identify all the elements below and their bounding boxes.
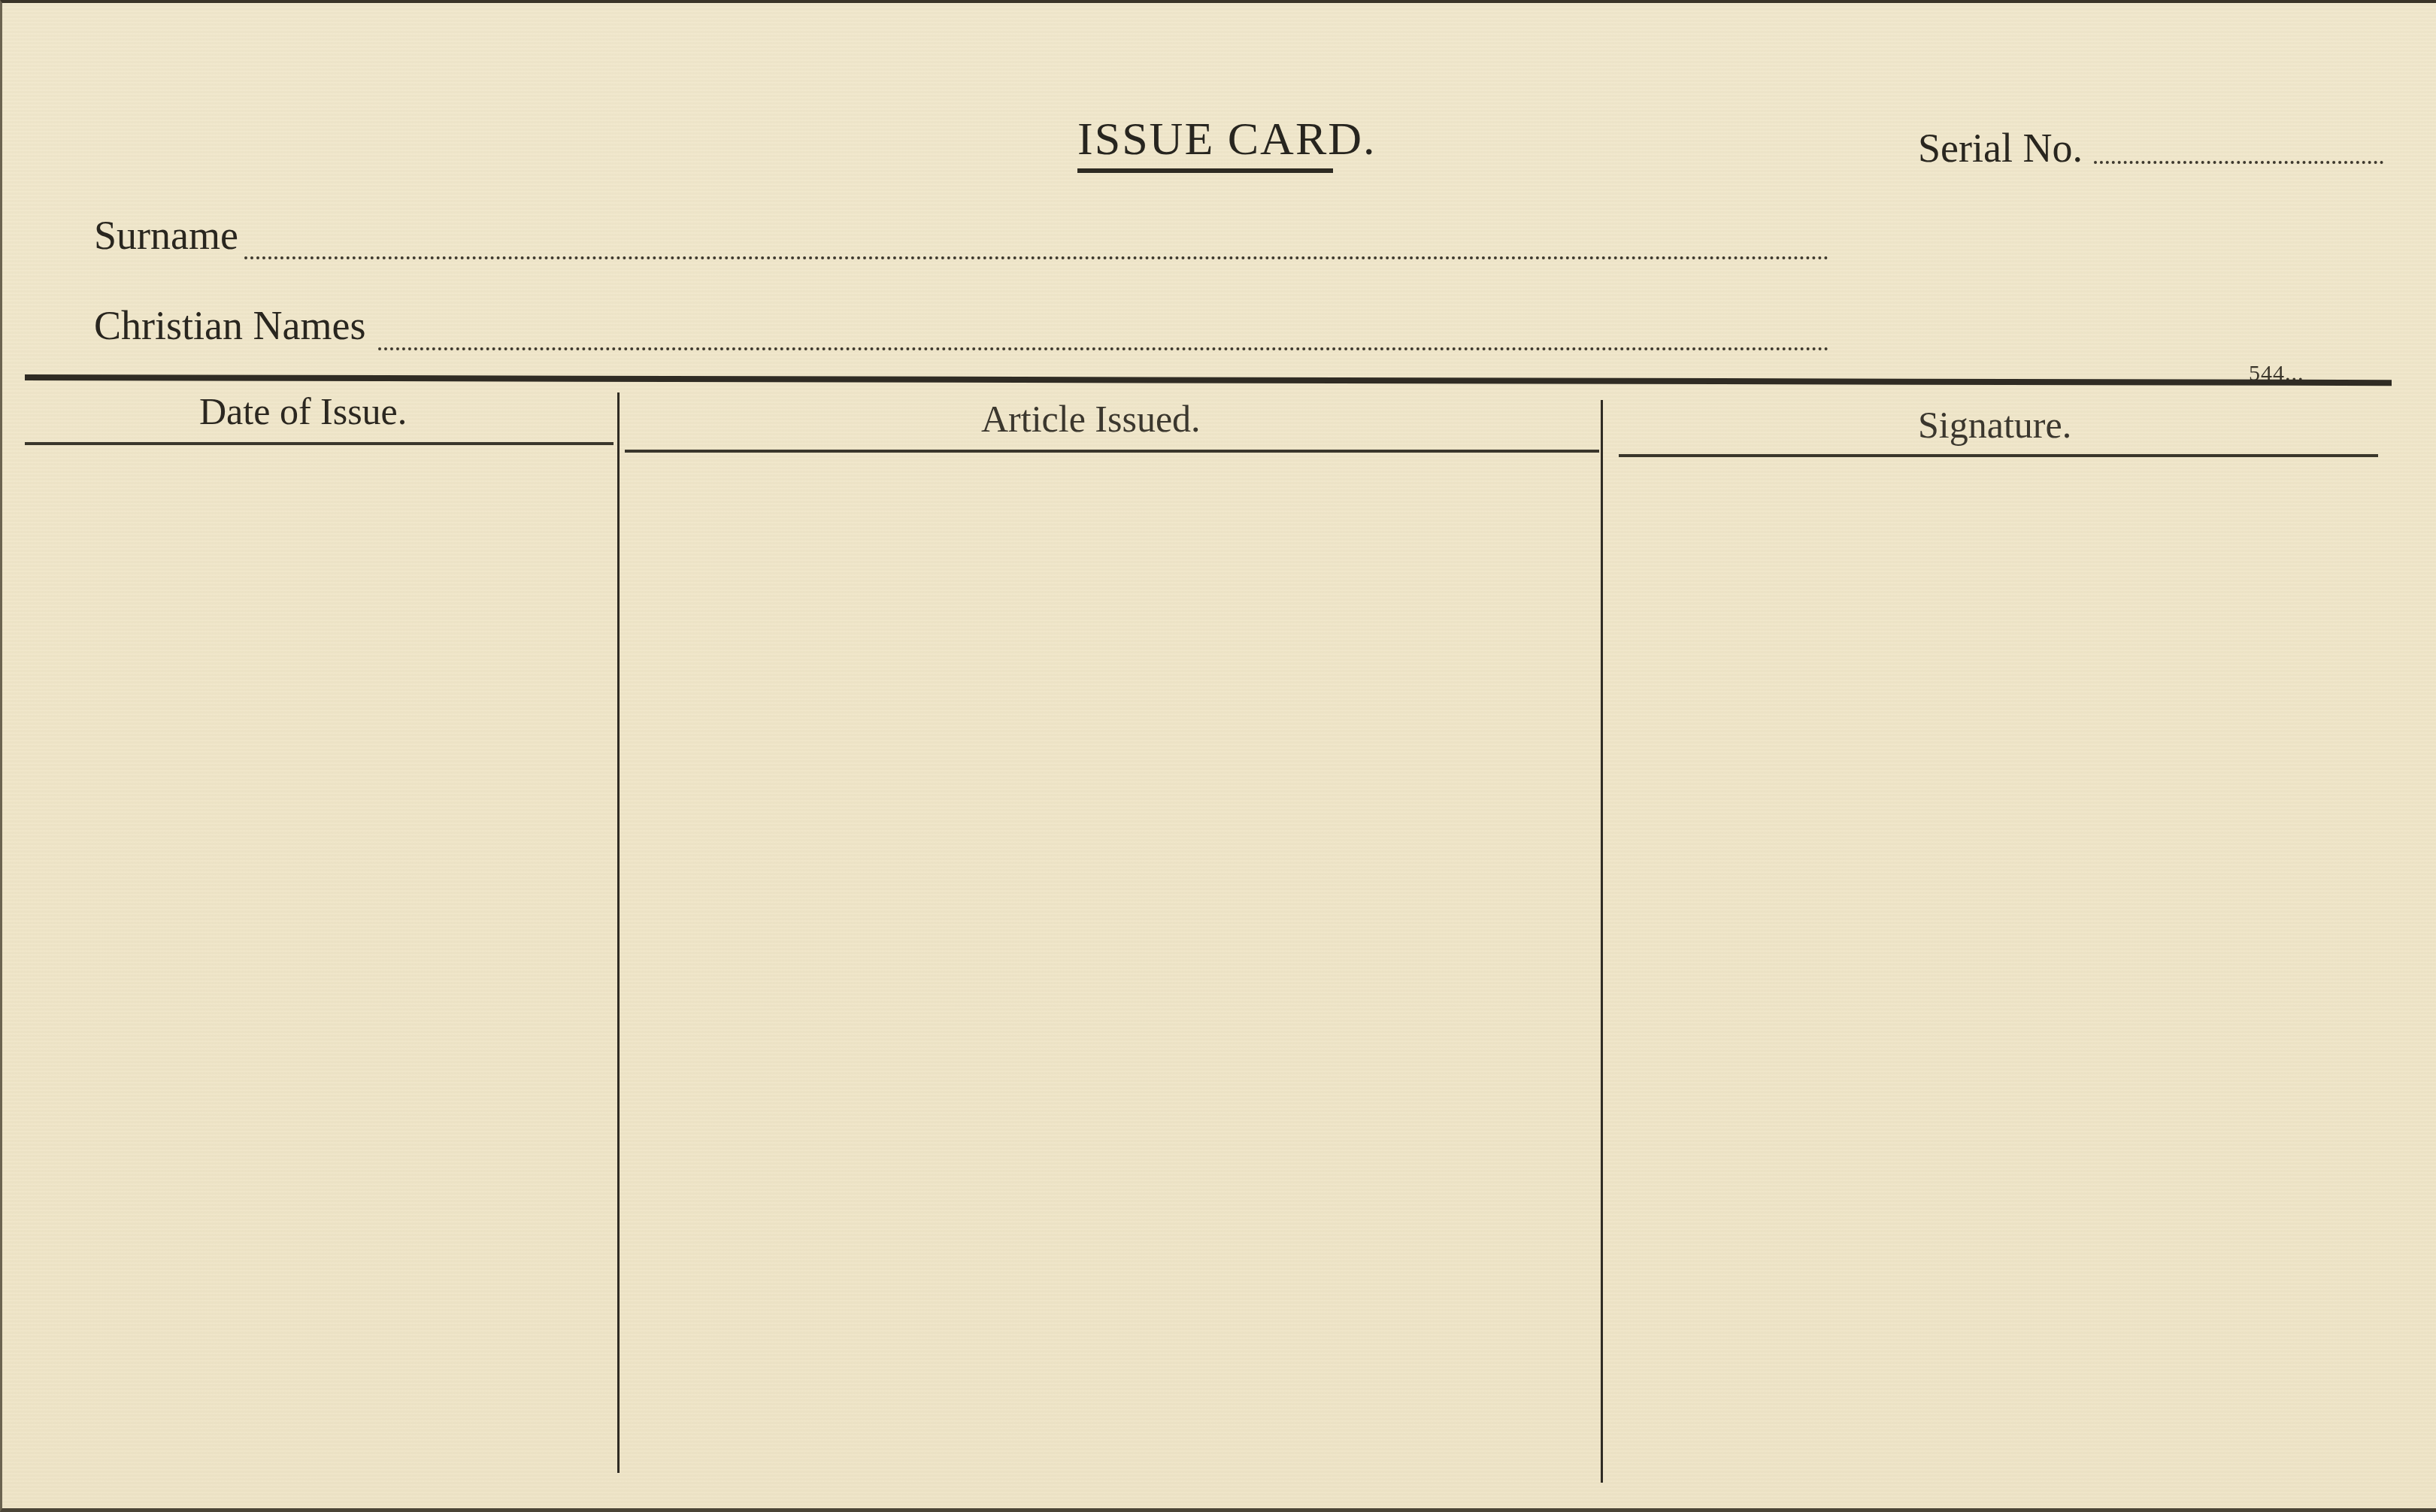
column-divider-1 xyxy=(617,392,620,1473)
column-header-article-issued: Article Issued. xyxy=(981,400,1201,438)
date-column-header-rule xyxy=(25,442,614,445)
column-header-date-of-issue: Date of Issue. xyxy=(199,392,407,430)
header-divider xyxy=(25,374,2392,386)
issue-card: ISSUE CARD. Serial No. Surname Christian… xyxy=(0,0,2436,1512)
christian-names-field[interactable] xyxy=(378,347,1829,350)
serial-number-field[interactable] xyxy=(2094,161,2383,164)
serial-number-label: Serial No. xyxy=(1918,128,2083,168)
signature-column-header-rule xyxy=(1619,454,2378,457)
title-underline xyxy=(1077,168,1333,173)
column-header-signature: Signature. xyxy=(1918,406,2071,444)
surname-field[interactable] xyxy=(244,256,1829,259)
article-column-header-rule xyxy=(625,450,1599,453)
surname-label: Surname xyxy=(94,215,238,256)
card-title: ISSUE CARD. xyxy=(1077,116,1377,162)
column-divider-2 xyxy=(1601,400,1603,1483)
christian-names-label: Christian Names xyxy=(94,305,365,346)
